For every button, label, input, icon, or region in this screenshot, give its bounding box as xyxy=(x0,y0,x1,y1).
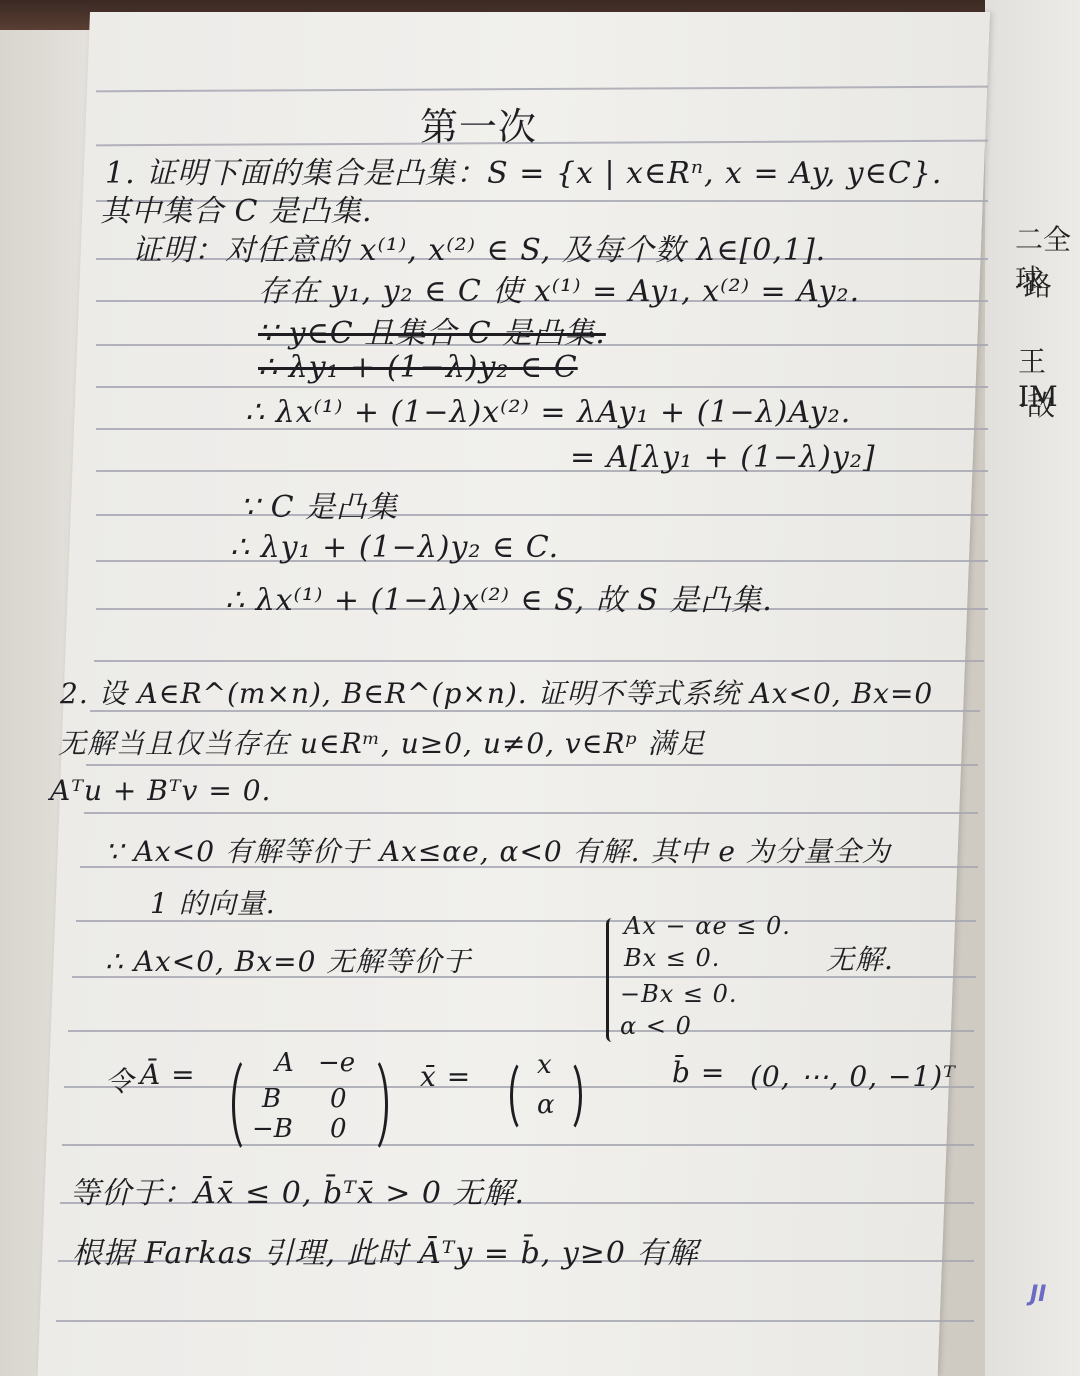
proof2-line: ∵ Ax<0 有解等价于 Ax≤αe, α<0 有解. 其中 e 为分量全为 xyxy=(105,830,891,870)
equivalence-line: 等价于：Āx̄ ≤ 0, b̄ᵀx̄ > 0 无解. xyxy=(70,1168,525,1212)
proof1-line: ∵ C 是凸集 xyxy=(240,482,398,526)
margin-note: ·路 xyxy=(1015,264,1052,304)
system-row: Ax − αe ≤ 0. xyxy=(624,912,791,940)
matrix-cell: −B xyxy=(252,1114,293,1144)
margin-note: ·敌 xyxy=(1018,384,1055,424)
next-page-edge xyxy=(985,0,1080,1376)
proof1-line: ∴ λx⁽¹⁾ + (1−λ)x⁽²⁾ ∈ S, 故 S 是凸集. xyxy=(225,575,773,619)
vector-right-paren xyxy=(552,1058,582,1134)
problem1-statement-line2: 其中集合 C 是凸集. xyxy=(100,186,373,230)
proof1-line: = A[λy₁ + (1−λ)y₂] xyxy=(570,440,876,475)
let-label: 令 xyxy=(105,1060,134,1100)
problem2-statement-line1: 2. 设 A∈R^(m×n), B∈R^(p×n). 证明不等式系统 Ax<0,… xyxy=(60,672,933,712)
system-row: Bx ≤ 0. xyxy=(624,944,720,972)
matrix-right-paren xyxy=(352,1054,388,1156)
proof1-line: ∴ λy₁ + (1−λ)y₂ ∈ C. xyxy=(230,530,559,565)
b-bar-value: (0, ⋯, 0, −1)ᵀ xyxy=(750,1060,956,1093)
system-brace xyxy=(606,918,621,1042)
problem2-statement-line2: 无解当且仅当存在 u∈Rᵐ, u≥0, u≠0, v∈Rᵖ 满足 xyxy=(58,722,706,762)
vector-left-paren xyxy=(510,1058,540,1134)
proof2-line: 1 的向量. xyxy=(150,882,276,922)
system-suffix: 无解. xyxy=(826,938,894,978)
matrix-cell: −e xyxy=(318,1048,355,1078)
proof1-line: 证明：对任意的 x⁽¹⁾, x⁽²⁾ ∈ S, 及每个数 λ∈[0,1]. xyxy=(132,225,826,269)
a-bar-label: Ā = xyxy=(140,1058,196,1091)
proof1-line: 存在 y₁, y₂ ∈ C 使 x⁽¹⁾ = Ay₁, x⁽²⁾ = Ay₂. xyxy=(258,266,860,310)
matrix-cell: 0 xyxy=(330,1084,347,1114)
system-row: −Bx ≤ 0. xyxy=(620,980,738,1008)
vector-cell: x xyxy=(537,1050,552,1080)
b-bar-label: b̄ = xyxy=(672,1056,725,1089)
system-row: α < 0 xyxy=(620,1012,692,1040)
problem2-statement-line3: Aᵀu + Bᵀv = 0. xyxy=(50,774,271,807)
notebook-brand-logo: JI xyxy=(1030,1282,1046,1307)
farkas-line: 根据 Farkas 引理, 此时 Āᵀy = b̄, y≥0 有解 xyxy=(72,1228,699,1272)
proof1-struck-line: ∴ λy₁ + (1−λ)y₂ ∈ C xyxy=(258,350,578,385)
matrix-cell: 0 xyxy=(330,1114,347,1144)
proof2-line: ∴ Ax<0, Bx=0 无解等价于 xyxy=(105,940,471,980)
proof1-struck-line: ∵ y∈C 且集合 C 是凸集. xyxy=(258,308,606,352)
page-title: 第一次 xyxy=(420,96,537,151)
x-bar-label: x̄ = xyxy=(420,1060,471,1093)
proof1-line: ∴ λx⁽¹⁾ + (1−λ)x⁽²⁾ = λAy₁ + (1−λ)Ay₂. xyxy=(245,395,851,430)
matrix-cell: A xyxy=(275,1048,294,1078)
matrix-cell: B xyxy=(262,1084,281,1114)
